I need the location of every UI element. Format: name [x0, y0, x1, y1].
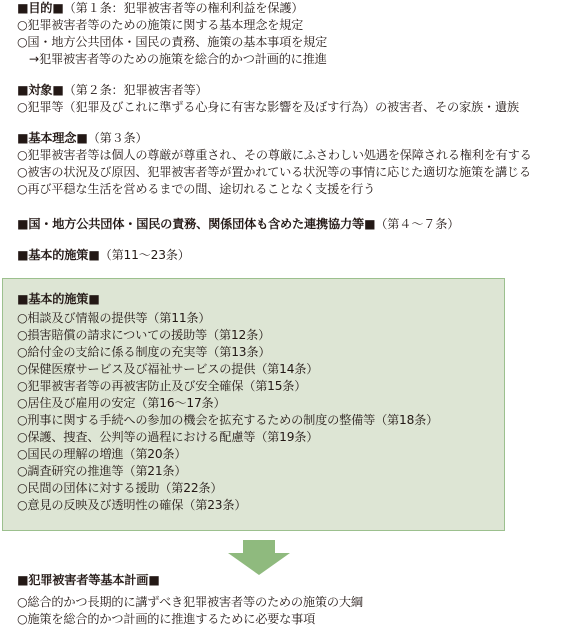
basic-measure-item: ○犯罪被害者等の再被害防止及び安全確保（第15条） — [17, 378, 306, 395]
basic-measures-heading: ■基本的施策■（第11～23条） — [17, 247, 190, 264]
responsibilities-heading: ■国・地方公共団体・国民の責務、関係団体も含めた連携協力等■（第４～７条） — [17, 216, 459, 233]
basic-measure-item: ○相談及び情報の提供等（第11条） — [17, 310, 210, 327]
basic-measure-item: ○損害賠償の請求についての援助等（第12条） — [17, 327, 270, 344]
target-heading: ■対象■（第２条：犯罪被害者等） — [17, 82, 207, 99]
basic-measure-item: ○民間の団体に対する援助（第22条） — [17, 480, 222, 497]
principles-title: ■基本理念■ — [17, 131, 88, 145]
principles-note: （第３条） — [88, 131, 148, 145]
basic-measure-item: ○保護、捜査、公判等の過程における配慮等（第19条） — [17, 429, 318, 446]
purpose-title: ■目的■ — [17, 1, 64, 15]
basic-measure-item: ○保健医療サービス及び福祉サービスの提供（第14条） — [17, 361, 318, 378]
basic-measures-title: ■基本的施策■ — [17, 248, 100, 262]
basic-plan-item: ○施策を総合的かつ計画的に推進するために必要な事項 — [17, 611, 315, 628]
principles-item: ○犯罪被害者等は個人の尊厳が尊重され、その尊厳にふさわしい処遇を保障される権利を… — [17, 147, 532, 164]
target-title: ■対象■ — [17, 83, 64, 97]
basic-plan-heading: ■犯罪被害者等基本計画■ — [17, 572, 160, 589]
basic-measure-item: ○居住及び雇用の安定（第16～17条） — [17, 395, 225, 412]
purpose-note: （第１条：犯罪被害者等の権利利益を保護） — [64, 1, 304, 15]
arrow-down-icon — [228, 540, 290, 575]
principles-heading: ■基本理念■（第３条） — [17, 130, 148, 147]
basic-plan-item: ○総合的かつ長期的に講ずべき犯罪被害者等のための施策の大綱 — [17, 594, 363, 611]
basic-measure-item: ○国民の理解の増進（第20条） — [17, 446, 186, 463]
principles-item: ○被害の状況及び原因、犯罪被害者等が置かれている状況等の事情に応じた適切な施策を… — [17, 164, 531, 181]
purpose-item: →犯罪被害者等のための施策を総合的かつ計画的に推進 — [17, 51, 327, 68]
purpose-item: ○国・地方公共団体・国民の責務、施策の基本事項を規定 — [17, 34, 327, 51]
basic-measure-item: ○意見の反映及び透明性の確保（第23条） — [17, 497, 246, 514]
responsibilities-title: ■国・地方公共団体・国民の責務、関係団体も含めた連携協力等■ — [17, 217, 375, 231]
principles-item: ○再び平穏な生活を営めるまでの間、途切れることなく支援を行う — [17, 181, 375, 198]
purpose-item: ○犯罪被害者等のための施策に関する基本理念を規定 — [17, 17, 303, 34]
basic-measures-box-title: ■基本的施策■ — [17, 291, 100, 308]
target-note: （第２条：犯罪被害者等） — [64, 83, 208, 97]
purpose-heading: ■目的■（第１条：犯罪被害者等の権利利益を保護） — [17, 0, 303, 17]
basic-measure-item: ○調査研究の推進等（第21条） — [17, 463, 186, 480]
target-item: ○犯罪等（犯罪及びこれに準ずる心身に有害な影響を及ぼす行為）の被害者、その家族・… — [17, 99, 519, 116]
basic-measure-item: ○刑事に関する手続への参加の機会を拡充するための制度の整備等（第18条） — [17, 412, 438, 429]
basic-measures-note: （第11～23条） — [100, 248, 190, 262]
responsibilities-note: （第４～７条） — [375, 217, 459, 231]
basic-measure-item: ○給付金の支給に係る制度の充実等（第13条） — [17, 344, 270, 361]
